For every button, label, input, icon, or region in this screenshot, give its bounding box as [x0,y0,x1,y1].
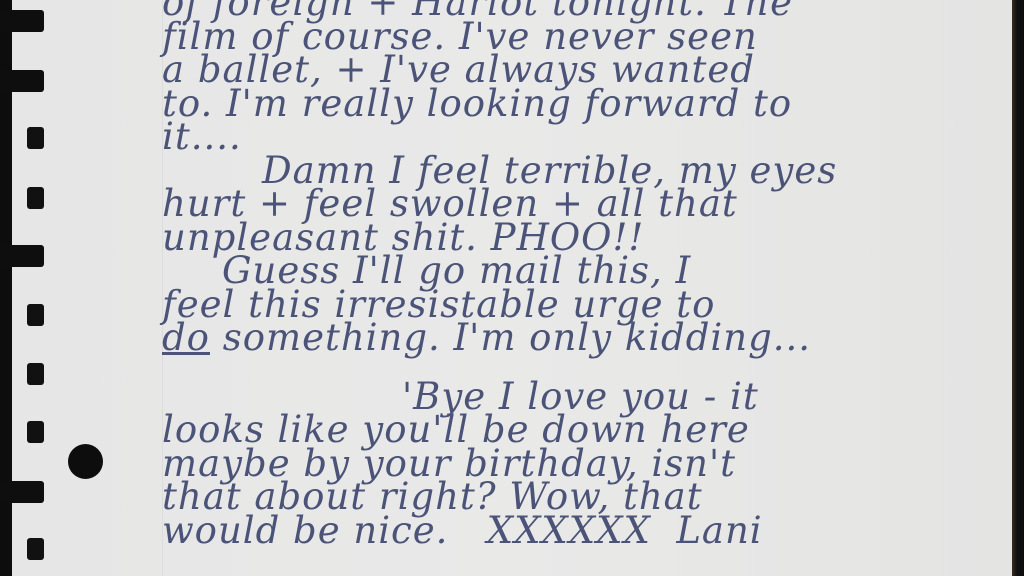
text-line: to. I'm really looking forward to [162,87,1002,121]
text-line: do something. I'm only kidding... [162,321,1002,355]
underlined-word: do [162,316,210,359]
binding-tab [0,10,44,32]
binding-hole [27,127,44,149]
background-edge [1012,0,1024,576]
signature: Lani [676,509,762,552]
punch-hole [68,444,103,479]
binding-tab [0,70,44,92]
text-fragment: would be nice. [162,509,448,552]
binding-hole [27,304,44,326]
binding-tab [0,245,44,267]
binding-hole [27,421,44,443]
binding-hole [27,187,44,209]
text-line: would be nice. XXXXXX Lani [162,514,1002,548]
binding-hole [27,363,44,385]
binding-hole [27,538,44,560]
binding-tab [0,481,44,503]
kisses: XXXXXX [487,509,651,552]
handwritten-text: of foreign + Harlot tonight. The film of… [162,0,1002,547]
text-fragment: something. I'm only kidding... [223,316,811,359]
